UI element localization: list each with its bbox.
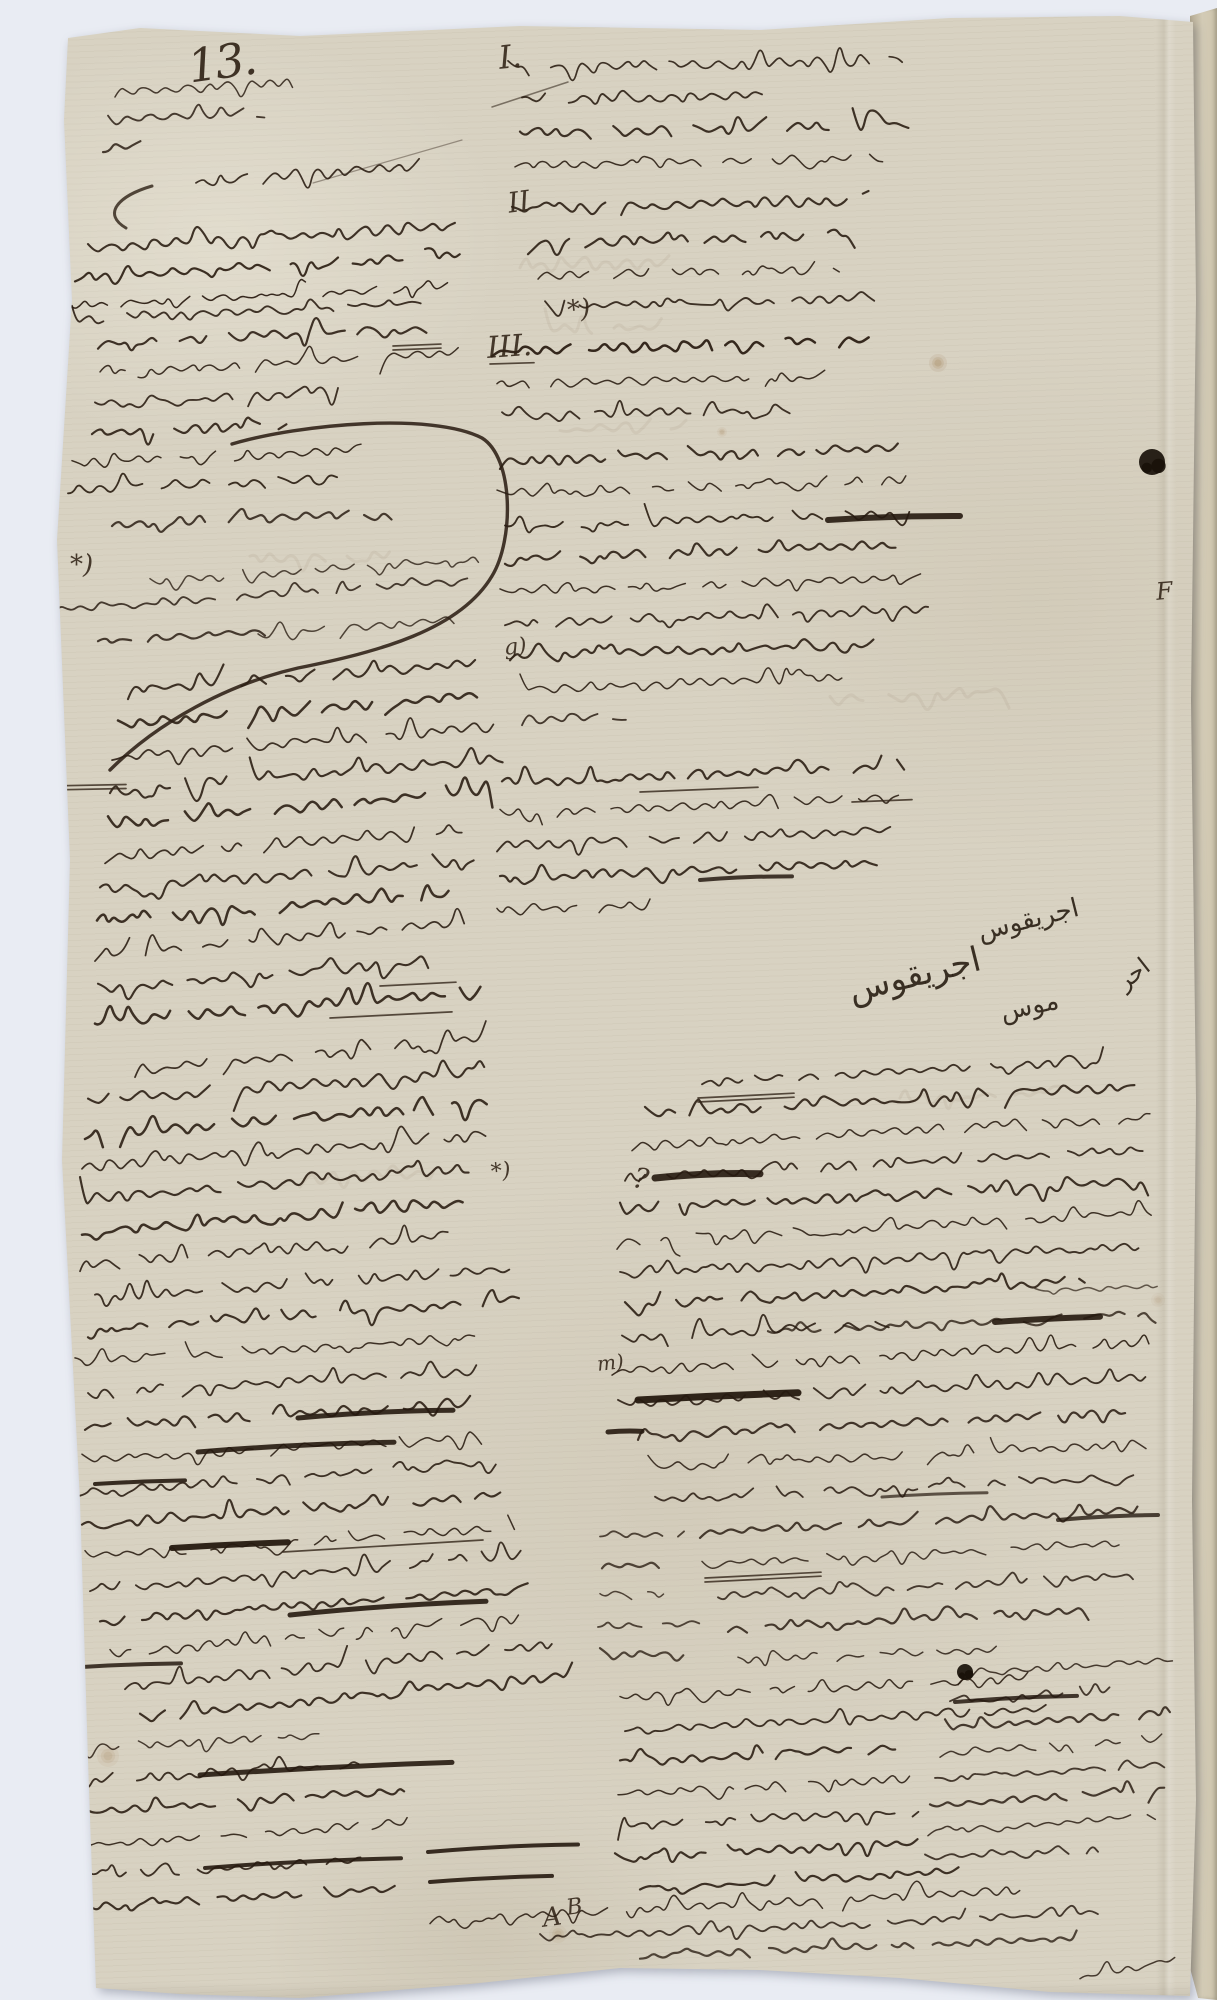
handwritten-line bbox=[150, 557, 478, 590]
handwritten-line bbox=[72, 444, 361, 467]
ghost-writing bbox=[900, 1086, 1059, 1109]
handwritten-line bbox=[118, 693, 477, 728]
manuscript-sheet-wrap: I.IIIII.*)*)*)?g)m)ABFاجريقوساجريقوسموسا… bbox=[0, 0, 1217, 2000]
handwritten-line bbox=[522, 714, 626, 725]
ink-stain bbox=[549, 1925, 567, 1943]
handwritten-line bbox=[620, 1672, 1028, 1705]
ink-blot bbox=[959, 1672, 965, 1678]
strikethrough bbox=[95, 1480, 185, 1484]
pen-flourish bbox=[313, 140, 462, 183]
ink-stain bbox=[101, 1749, 115, 1763]
handwritten-line bbox=[103, 141, 140, 152]
handwritten-line bbox=[68, 474, 337, 494]
handwritten-line bbox=[62, 1757, 359, 1788]
ink-stain bbox=[932, 357, 944, 369]
ink-stain bbox=[720, 430, 724, 434]
handwritten-line bbox=[65, 1789, 404, 1812]
handwritten-line bbox=[738, 1646, 996, 1665]
scan-background: { "page": { "number": "13." }, "colors":… bbox=[0, 0, 1217, 2000]
strikethrough bbox=[828, 516, 960, 520]
handwritten-line bbox=[98, 318, 426, 350]
handwritten-line bbox=[85, 1515, 514, 1557]
strikethrough bbox=[200, 1762, 452, 1775]
handwritten-line bbox=[640, 1867, 959, 1893]
handwritten-line bbox=[80, 1225, 448, 1271]
handwritten-line bbox=[935, 1760, 1164, 1781]
handwritten-line bbox=[505, 540, 896, 566]
handwritten-line bbox=[520, 108, 908, 139]
strikethrough bbox=[700, 876, 792, 880]
handwriting-svg bbox=[0, 0, 1217, 2000]
handwritten-line bbox=[600, 1591, 664, 1599]
handwritten-line bbox=[618, 1776, 910, 1799]
handwritten-line bbox=[632, 1114, 1150, 1151]
handwritten-line bbox=[500, 574, 921, 593]
handwritten-line bbox=[95, 983, 480, 1024]
handwritten-line bbox=[62, 280, 448, 309]
handwritten-line bbox=[108, 105, 264, 125]
handwritten-line bbox=[128, 660, 475, 699]
handwritten-line bbox=[88, 1061, 484, 1111]
underline bbox=[490, 363, 534, 364]
ghost-writing bbox=[545, 309, 661, 334]
handwritten-line bbox=[520, 668, 842, 693]
handwritten-line bbox=[48, 578, 467, 612]
handwritten-line bbox=[617, 1201, 1151, 1256]
handwritten-line bbox=[700, 1505, 1137, 1538]
handwritten-line bbox=[612, 1335, 1149, 1375]
ink-stain bbox=[929, 354, 947, 372]
handwritten-line bbox=[718, 1573, 1133, 1600]
ink-stain bbox=[719, 429, 726, 436]
ink-stain bbox=[1153, 1295, 1162, 1304]
handwritten-line bbox=[497, 370, 825, 388]
handwritten-line bbox=[500, 444, 898, 470]
section-numeral-i: I. bbox=[497, 40, 523, 74]
handwritten-line bbox=[98, 630, 265, 642]
ink-blot bbox=[1142, 463, 1152, 473]
strikethrough bbox=[172, 1542, 288, 1548]
handwritten-line bbox=[125, 1642, 552, 1689]
handwritten-line bbox=[958, 1658, 1172, 1684]
handwritten-line bbox=[768, 1312, 1156, 1333]
handwritten-line bbox=[258, 617, 454, 640]
strikethrough bbox=[298, 1410, 453, 1418]
handwritten-line bbox=[98, 956, 428, 999]
underline bbox=[698, 1093, 794, 1098]
handwritten-line bbox=[618, 1812, 918, 1840]
handwritten-line bbox=[1035, 1285, 1157, 1294]
handwritten-line bbox=[112, 509, 392, 532]
handwritten-line bbox=[492, 337, 869, 356]
underline bbox=[50, 784, 126, 786]
ink-stain bbox=[1155, 1297, 1161, 1303]
handwritten-line bbox=[110, 748, 503, 801]
handwritten-line bbox=[110, 1615, 518, 1656]
strikethrough bbox=[608, 1431, 642, 1432]
handwritten-line bbox=[497, 476, 906, 496]
pen-flourish bbox=[115, 186, 152, 228]
handwritten-line bbox=[75, 248, 460, 284]
handwritten-line bbox=[75, 1335, 475, 1365]
strikethrough bbox=[995, 1317, 1100, 1322]
handwritten-line bbox=[65, 1886, 395, 1911]
handwritten-line bbox=[625, 1147, 1143, 1180]
handwritten-line bbox=[598, 1621, 699, 1628]
ink-stain bbox=[97, 1745, 119, 1767]
handwritten-line bbox=[112, 718, 493, 764]
handwritten-line bbox=[100, 346, 458, 377]
underline bbox=[330, 1012, 452, 1018]
underline bbox=[705, 1576, 821, 1582]
handwritten-line bbox=[62, 1857, 361, 1879]
underline bbox=[380, 982, 456, 986]
ink-stain bbox=[552, 1928, 564, 1940]
letter-label-b: B bbox=[565, 1896, 584, 1920]
handwritten-line bbox=[80, 1161, 469, 1204]
handwritten-line bbox=[930, 1781, 1164, 1806]
handwritten-line bbox=[85, 1396, 470, 1430]
ghost-writing bbox=[250, 552, 389, 571]
underline bbox=[50, 788, 126, 790]
underline bbox=[698, 1097, 794, 1102]
handwritten-line bbox=[625, 1274, 1085, 1316]
handwritten-line bbox=[430, 1881, 1020, 1928]
handwritten-line bbox=[502, 401, 790, 421]
handwritten-line bbox=[600, 1531, 684, 1537]
handwritten-line bbox=[90, 1542, 521, 1591]
handwritten-line bbox=[508, 48, 902, 80]
handwritten-line bbox=[92, 418, 286, 445]
handwritten-line bbox=[100, 1583, 528, 1625]
handwritten-line bbox=[702, 1047, 1103, 1086]
ghost-writing bbox=[830, 689, 1009, 710]
handwritten-line bbox=[60, 1734, 319, 1758]
ink-blot bbox=[957, 1664, 973, 1680]
handwritten-line bbox=[645, 1085, 1134, 1116]
handwritten-line bbox=[940, 1734, 1162, 1757]
manuscript-sheet: I.IIIII.*)*)*)?g)m)ABFاجريقوساجريقوسموسا… bbox=[0, 0, 1217, 2000]
handwritten-line bbox=[600, 1648, 683, 1660]
margin-letter-f: F bbox=[1155, 579, 1174, 604]
footnote-asterisk-mark: *) bbox=[70, 552, 93, 578]
handwritten-line bbox=[140, 1663, 572, 1722]
handwritten-line bbox=[620, 1177, 1148, 1215]
handwritten-line bbox=[497, 899, 650, 915]
handwritten-line bbox=[95, 387, 338, 408]
handwritten-line bbox=[620, 1745, 895, 1764]
handwritten-line bbox=[702, 1541, 1119, 1568]
underline bbox=[640, 787, 758, 792]
handwritten-line bbox=[100, 854, 474, 898]
handwritten-line bbox=[60, 1818, 407, 1850]
ghost-writing bbox=[300, 1166, 434, 1187]
handwritten-line bbox=[82, 1126, 486, 1170]
handwritten-line bbox=[545, 292, 874, 316]
handwritten-line bbox=[510, 639, 873, 661]
handwritten-line bbox=[622, 1315, 889, 1346]
underline bbox=[852, 800, 912, 802]
handwritten-line bbox=[925, 1846, 1098, 1859]
ink-stain bbox=[104, 1752, 113, 1761]
handwritten-line bbox=[728, 1606, 1089, 1632]
handwritten-line bbox=[515, 154, 883, 168]
handwritten-line bbox=[88, 223, 455, 252]
handwritten-line bbox=[135, 1021, 486, 1077]
underline bbox=[705, 1572, 821, 1578]
ink-stain bbox=[717, 427, 727, 437]
handwritten-line bbox=[500, 795, 898, 825]
strikethrough bbox=[430, 1876, 552, 1882]
handwritten-line bbox=[80, 1460, 496, 1495]
handwritten-line bbox=[85, 1097, 487, 1147]
strikethrough bbox=[955, 1696, 1077, 1702]
pen-flourish bbox=[110, 423, 507, 770]
handwritten-line bbox=[618, 1369, 1145, 1406]
letter-label-a: A bbox=[541, 1903, 563, 1931]
strikethrough bbox=[428, 1845, 578, 1853]
handwritten-line bbox=[500, 861, 877, 884]
handwritten-line bbox=[95, 1268, 509, 1306]
handwritten-line bbox=[95, 909, 464, 961]
handwritten-line bbox=[82, 1432, 482, 1465]
handwritten-line bbox=[528, 230, 855, 255]
handwritten-line bbox=[505, 604, 928, 627]
handwritten-line bbox=[615, 1839, 918, 1862]
handwritten-line bbox=[602, 1563, 659, 1569]
handwritten-line bbox=[512, 191, 869, 215]
handwritten-line bbox=[108, 778, 492, 827]
ink-blot bbox=[1139, 449, 1165, 475]
handwritten-line bbox=[538, 262, 839, 279]
arabic-practice-word: اجريقوس bbox=[975, 895, 1081, 945]
ghost-writing bbox=[520, 256, 669, 272]
footnote-asterisk-mark: *) bbox=[566, 296, 592, 324]
handwritten-line bbox=[497, 827, 890, 855]
ink-stain bbox=[934, 359, 941, 366]
handwritten-line bbox=[928, 1815, 1155, 1836]
handwritten-line bbox=[950, 1684, 1110, 1702]
strikethrough bbox=[65, 1663, 181, 1668]
handwritten-line bbox=[72, 299, 421, 323]
handwritten-line bbox=[540, 1906, 1098, 1941]
page-number: 13. bbox=[185, 35, 258, 90]
handwritten-line bbox=[502, 756, 904, 785]
ghost-writing bbox=[560, 419, 686, 433]
ink-stain bbox=[1151, 1293, 1165, 1307]
margin-question-mark: ? bbox=[631, 1164, 651, 1194]
strikethrough bbox=[290, 1601, 486, 1615]
pen-flourish bbox=[492, 82, 568, 107]
ink-blot bbox=[1151, 459, 1165, 473]
underline bbox=[283, 1540, 483, 1552]
handwritten-line bbox=[505, 504, 909, 533]
handwritten-line bbox=[640, 1931, 1077, 1959]
edge-shading bbox=[0, 0, 1217, 2000]
handwritten-line bbox=[82, 1200, 463, 1239]
underline bbox=[393, 344, 441, 346]
handwritten-line bbox=[648, 1438, 1146, 1470]
handwritten-line bbox=[620, 1244, 1139, 1278]
handwritten-line bbox=[97, 885, 449, 925]
handwritten-line bbox=[945, 1707, 1170, 1729]
section-numeral-iii: III. bbox=[486, 331, 533, 364]
strikethrough bbox=[882, 1493, 987, 1497]
handwritten-line bbox=[522, 91, 762, 104]
underline bbox=[393, 348, 441, 350]
handwritten-line bbox=[1080, 1958, 1175, 1979]
strikethrough bbox=[1058, 1515, 1158, 1520]
strikethrough bbox=[205, 1858, 401, 1868]
strikethrough bbox=[198, 1442, 394, 1452]
ink-blot bbox=[965, 1670, 974, 1679]
strikethrough bbox=[638, 1393, 798, 1400]
handwritten-line bbox=[625, 1705, 1046, 1734]
arabic-practice-word: احر bbox=[1112, 954, 1154, 994]
tokens-layer: I.IIIII.*)*)*)?g)m)ABFاجريقوساجريقوسموسا… bbox=[0, 0, 1217, 2000]
strikethrough bbox=[655, 1174, 760, 1178]
handwritten-line bbox=[88, 1362, 476, 1398]
handwritten-line bbox=[655, 1475, 1133, 1501]
section-numeral-ii: II bbox=[506, 187, 532, 218]
handwritten-line bbox=[196, 159, 419, 188]
footnote-asterisk-mark: *) bbox=[490, 1160, 512, 1184]
handwritten-line bbox=[105, 825, 462, 863]
handwritten-line bbox=[638, 1410, 1125, 1441]
arabic-practice-word: موس bbox=[998, 988, 1061, 1026]
handwritten-line bbox=[88, 1290, 519, 1339]
ink-stain bbox=[554, 1930, 561, 1937]
list-marker: m) bbox=[596, 1351, 625, 1374]
arabic-practice-word: اجريقوس bbox=[845, 942, 984, 1008]
list-marker: g) bbox=[503, 636, 528, 660]
handwritten-line bbox=[82, 1493, 500, 1529]
